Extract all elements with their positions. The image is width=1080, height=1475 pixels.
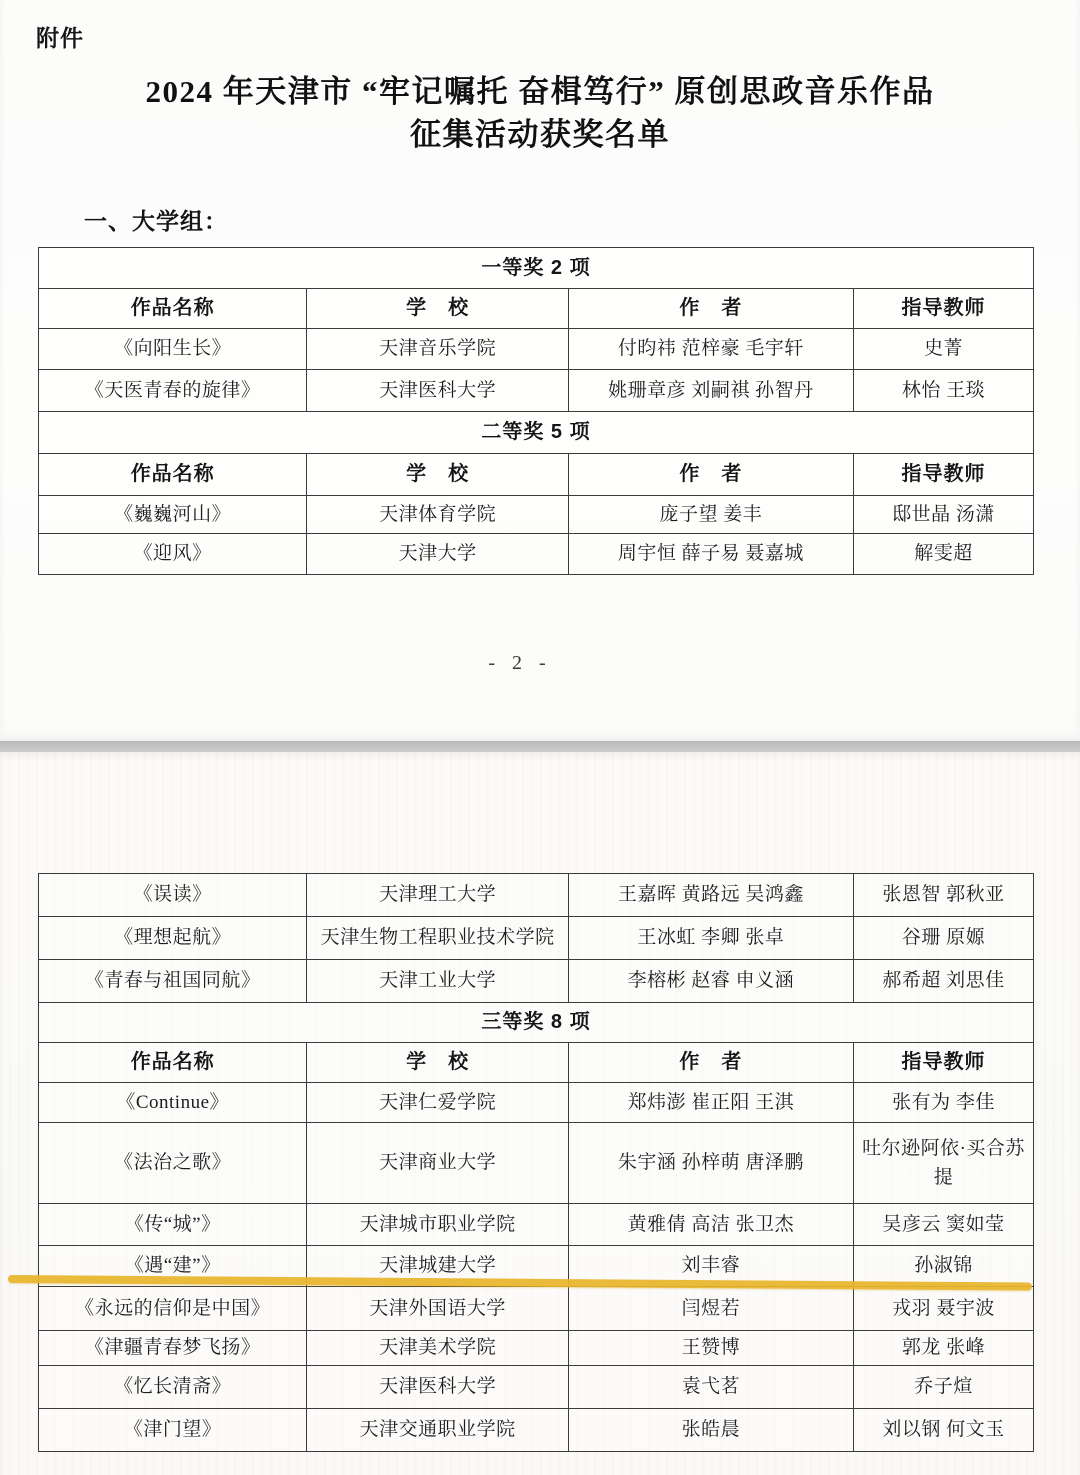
work-name-cell: 《向阳生长》: [39, 329, 307, 369]
header-work-name: 作品名称: [39, 289, 307, 328]
work-name-cell: 《Continue》: [39, 1083, 307, 1122]
work-name-cell: 《永远的信仰是中国》: [39, 1287, 307, 1330]
document-title-line2: 征集活动获奖名单: [0, 113, 1080, 156]
page-2: 《误读》 天津理工大学 王嘉晖 黄路远 吴鸿鑫 张恩智 郭秋亚 《理想起航》 天…: [0, 752, 1080, 1475]
attachment-label: 附件: [36, 20, 84, 53]
header-work-name: 作品名称: [39, 454, 307, 495]
prize-band-row: 二等奖 5 项: [39, 412, 1033, 454]
page-1: 附件 2024 年天津市 “牢记嘱托 奋楫笃行” 原创思政音乐作品 征集活动获奖…: [0, 0, 1080, 741]
teachers-cell: 刘以钢 何文玉: [854, 1409, 1033, 1451]
school-cell: 天津商业大学: [307, 1123, 568, 1203]
table-row: 《向阳生长》 天津音乐学院 付昀祎 范梓豪 毛宇轩 史菁: [39, 329, 1033, 370]
authors-cell: 王冰虹 李卿 张卓: [569, 917, 854, 959]
work-name-cell: 《理想起航》: [39, 917, 307, 959]
header-author: 作 者: [569, 454, 854, 495]
work-name-cell: 《忆长清斋》: [39, 1366, 307, 1408]
work-name-cell: 《巍巍河山》: [39, 496, 307, 533]
teachers-cell: 孙淑锦: [854, 1246, 1033, 1286]
document-title: 2024 年天津市 “牢记嘱托 奋楫笃行” 原创思政音乐作品 征集活动获奖名单: [0, 70, 1080, 156]
table-row: 《法治之歌》 天津商业大学 朱宇涵 孙梓萌 唐泽鹏 吐尔逊阿依·买合苏提: [39, 1123, 1033, 1204]
table-row: 《忆长清斋》 天津医科大学 袁弋茗 乔子煊: [39, 1366, 1033, 1409]
table-row: 《永远的信仰是中国》 天津外国语大学 闫煜若 戎羽 聂宇波: [39, 1287, 1033, 1331]
prize-band-row: 一等奖 2 项: [39, 248, 1033, 289]
header-school: 学 校: [307, 454, 568, 495]
teachers-cell: 郭龙 张峰: [854, 1331, 1033, 1365]
section-heading-university-group: 一、大学组：: [84, 203, 228, 236]
table-row: 《误读》 天津理工大学 王嘉晖 黄路远 吴鸿鑫 张恩智 郭秋亚: [39, 874, 1033, 917]
authors-cell: 王嘉晖 黄路远 吴鸿鑫: [569, 874, 854, 916]
table-row: 《津门望》 天津交通职业学院 张皓晨 刘以钢 何文玉: [39, 1409, 1033, 1451]
table-header-row: 作品名称 学 校 作 者 指导教师: [39, 1043, 1033, 1083]
teachers-cell: 吴彦云 窦如莹: [854, 1204, 1033, 1245]
teachers-cell: 戎羽 聂宇波: [854, 1287, 1033, 1330]
work-name-cell: 《误读》: [39, 874, 307, 916]
authors-cell: 庞子望 姜丰: [569, 496, 854, 533]
table-header-row: 作品名称 学 校 作 者 指导教师: [39, 454, 1033, 496]
work-name-cell: 《法治之歌》: [39, 1123, 307, 1203]
teachers-cell: 邸世晶 汤潇: [854, 496, 1033, 533]
teachers-cell: 谷珊 原嫄: [854, 917, 1033, 959]
school-cell: 天津交通职业学院: [307, 1409, 568, 1451]
header-school: 学 校: [307, 289, 568, 328]
work-name-cell: 《津疆青春梦飞扬》: [39, 1331, 307, 1365]
header-author: 作 者: [569, 289, 854, 328]
header-school: 学 校: [307, 1043, 568, 1082]
school-cell: 天津城市职业学院: [307, 1204, 568, 1245]
school-cell: 天津外国语大学: [307, 1287, 568, 1330]
teachers-cell: 张恩智 郭秋亚: [854, 874, 1033, 916]
authors-cell: 周宇恒 薛子易 聂嘉城: [569, 534, 854, 574]
school-cell: 天津工业大学: [307, 960, 568, 1002]
table-row: 《迎风》 天津大学 周宇恒 薛子易 聂嘉城 解雯超: [39, 534, 1033, 574]
table-row: 《巍巍河山》 天津体育学院 庞子望 姜丰 邸世晶 汤潇: [39, 496, 1033, 534]
authors-cell: 张皓晨: [569, 1409, 854, 1451]
teachers-cell: 张有为 李佳: [854, 1083, 1033, 1122]
table-row: 《天医青春的旋律》 天津医科大学 姚珊章彦 刘嗣祺 孙智丹 林怡 王琰: [39, 370, 1033, 412]
work-name-cell: 《天医青春的旋律》: [39, 370, 307, 411]
page-number: - 2 -: [0, 652, 1040, 675]
first-prize-band: 一等奖 2 项: [39, 248, 1033, 288]
authors-cell: 付昀祎 范梓豪 毛宇轩: [569, 329, 854, 369]
work-name-cell: 《迎风》: [39, 534, 307, 574]
prize-band-row: 三等奖 8 项: [39, 1003, 1033, 1043]
authors-cell: 王赞博: [569, 1331, 854, 1365]
table-row: 《青春与祖国同航》 天津工业大学 李榕彬 赵睿 申义涵 郝希超 刘思佳: [39, 960, 1033, 1003]
award-table-page1: 一等奖 2 项 作品名称 学 校 作 者 指导教师 《向阳生长》 天津音乐学院 …: [38, 247, 1034, 575]
second-prize-band: 二等奖 5 项: [39, 412, 1033, 453]
table-row: 《理想起航》 天津生物工程职业技术学院 王冰虹 李卿 张卓 谷珊 原嫄: [39, 917, 1033, 960]
authors-cell: 李榕彬 赵睿 申义涵: [569, 960, 854, 1002]
award-table-page2: 《误读》 天津理工大学 王嘉晖 黄路远 吴鸿鑫 张恩智 郭秋亚 《理想起航》 天…: [38, 873, 1034, 1452]
table-row: 《津疆青春梦飞扬》 天津美术学院 王赞博 郭龙 张峰: [39, 1331, 1033, 1366]
school-cell: 天津美术学院: [307, 1331, 568, 1365]
teachers-cell: 郝希超 刘思佳: [854, 960, 1033, 1002]
work-name-cell: 《青春与祖国同航》: [39, 960, 307, 1002]
header-teacher: 指导教师: [854, 454, 1033, 495]
teachers-cell: 林怡 王琰: [854, 370, 1033, 411]
table-row: 《Continue》 天津仁爱学院 郑炜澎 崔正阳 王淇 张有为 李佳: [39, 1083, 1033, 1123]
school-cell: 天津仁爱学院: [307, 1083, 568, 1122]
authors-cell: 姚珊章彦 刘嗣祺 孙智丹: [569, 370, 854, 411]
teachers-cell: 吐尔逊阿依·买合苏提: [854, 1123, 1033, 1203]
header-work-name: 作品名称: [39, 1043, 307, 1082]
authors-cell: 朱宇涵 孙梓萌 唐泽鹏: [569, 1123, 854, 1203]
authors-cell: 黄雅倩 高洁 张卫杰: [569, 1204, 854, 1245]
table-row: 《传“城”》 天津城市职业学院 黄雅倩 高洁 张卫杰 吴彦云 窦如莹: [39, 1204, 1033, 1246]
teachers-cell: 史菁: [854, 329, 1033, 369]
work-name-cell: 《传“城”》: [39, 1204, 307, 1245]
school-cell: 天津理工大学: [307, 874, 568, 916]
header-author: 作 者: [569, 1043, 854, 1082]
work-name-cell: 《津门望》: [39, 1409, 307, 1451]
header-teacher: 指导教师: [854, 1043, 1033, 1082]
page-separator: [0, 741, 1080, 752]
table-header-row: 作品名称 学 校 作 者 指导教师: [39, 289, 1033, 329]
school-cell: 天津大学: [307, 534, 568, 574]
authors-cell: 闫煜若: [569, 1287, 854, 1330]
teachers-cell: 解雯超: [854, 534, 1033, 574]
authors-cell: 袁弋茗: [569, 1366, 854, 1408]
document-title-line1: 2024 年天津市 “牢记嘱托 奋楫笃行” 原创思政音乐作品: [0, 70, 1080, 113]
teachers-cell: 乔子煊: [854, 1366, 1033, 1408]
school-cell: 天津医科大学: [307, 370, 568, 411]
authors-cell: 郑炜澎 崔正阳 王淇: [569, 1083, 854, 1122]
third-prize-band: 三等奖 8 项: [39, 1003, 1033, 1042]
school-cell: 天津生物工程职业技术学院: [307, 917, 568, 959]
school-cell: 天津医科大学: [307, 1366, 568, 1408]
school-cell: 天津音乐学院: [307, 329, 568, 369]
school-cell: 天津体育学院: [307, 496, 568, 533]
header-teacher: 指导教师: [854, 289, 1033, 328]
